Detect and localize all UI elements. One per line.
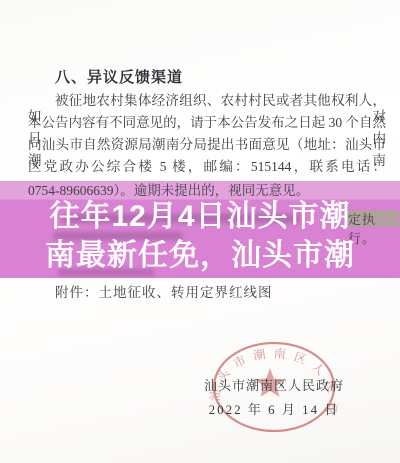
document-photo: 八、异议反馈渠道 被征地农村集体经济组织、农村村民或者其他权利人，如对 本公告内… [0, 0, 400, 463]
caption-title-line-1: 往年12月4日汕头市潮 [0, 198, 400, 235]
issuer-name: 汕头市潮南区人民政府 [164, 375, 384, 394]
caption-title-line-2: 南最新任免，汕头市潮 [0, 237, 400, 274]
section-heading: 八、异议反馈渠道 [55, 66, 183, 87]
issue-date: 2022 年 6 月 14 日 [164, 399, 384, 418]
document-line: 区党政办公综合楼 5 楼，邮编：515144，联系电话： [28, 159, 386, 175]
attachment-line: 附件：土地征收、转用定界红线图 [55, 281, 273, 301]
document-line-phone: 0754-89606639）。逾期未提出的，视同无意见。 [28, 183, 348, 199]
